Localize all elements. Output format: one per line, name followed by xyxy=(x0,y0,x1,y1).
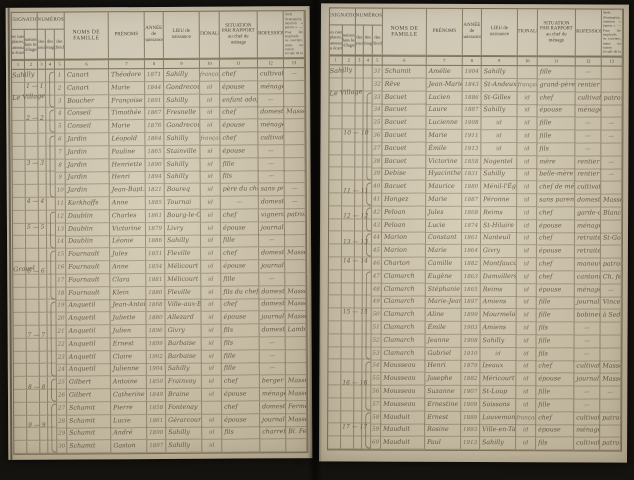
cell-rue xyxy=(12,121,25,134)
cell-prenom: Antoine xyxy=(111,376,147,389)
cell-rue xyxy=(13,275,26,288)
cell-nationalite: id xyxy=(200,145,220,158)
cell-profession: — xyxy=(259,234,285,247)
cell-num-individu: 21 xyxy=(56,325,66,338)
cell-num-menage xyxy=(363,219,372,232)
cell-situation: chef xyxy=(221,247,259,260)
cell-maison-village xyxy=(342,206,355,219)
cell-num-maison xyxy=(355,321,363,334)
cell-lieu: St-Gilles xyxy=(482,92,518,105)
cell-situation: chef xyxy=(537,207,575,220)
cell-annee: 1908 xyxy=(461,335,480,348)
cell-prenom: Victorine xyxy=(426,155,462,168)
cell-num-menage xyxy=(362,360,371,373)
cell-num-menage xyxy=(363,168,372,181)
cell-nom: Hongez xyxy=(382,194,426,207)
cell-rue xyxy=(330,65,343,78)
cell-nom: Mousseau xyxy=(381,398,425,411)
cell-nationalite xyxy=(518,66,538,79)
cell-maison-village xyxy=(343,78,356,91)
cell-lieu: Fontenay xyxy=(166,401,202,414)
cell-annee: 1879 xyxy=(461,360,480,373)
cell-lieu: id xyxy=(481,130,517,143)
cell-prenom: Lucie xyxy=(111,414,147,427)
cell-annee: 1909 xyxy=(461,399,480,412)
cell-prenom: Marie xyxy=(426,130,462,143)
cell-num-individu: 19 xyxy=(56,300,66,313)
cell-rue xyxy=(14,403,27,416)
cell-annee: 1896 xyxy=(146,325,165,338)
column-number: 9 xyxy=(482,57,518,65)
cell-num-menage xyxy=(47,172,56,185)
cell-nom: Anquetil xyxy=(66,299,110,313)
cell-profession: — xyxy=(575,130,601,143)
cell-profession: — xyxy=(574,348,600,361)
cell-num-menage xyxy=(47,274,56,287)
cell-maison-village xyxy=(25,83,38,96)
cell-annee: 1861 xyxy=(147,414,166,427)
cell-num-maison xyxy=(38,121,46,134)
cell-profession: ménagère xyxy=(575,105,601,118)
cell-maison-village xyxy=(342,155,355,168)
cell-patron: Masset xyxy=(286,414,307,427)
column-number: 4 xyxy=(364,57,373,65)
cell-num-maison xyxy=(354,360,362,373)
cell-prenom: Timothée xyxy=(109,107,145,120)
cell-maison-village xyxy=(25,108,38,121)
cell-maison-village xyxy=(342,309,355,322)
cell-lieu: Braine xyxy=(166,388,202,401)
cell-prenom: Aline xyxy=(426,309,462,322)
column-number: 6 xyxy=(383,57,427,65)
cell-num-maison xyxy=(355,129,363,142)
cell-patron xyxy=(600,425,621,438)
cell-maison-village xyxy=(342,283,355,296)
cell-rue xyxy=(12,95,25,108)
cell-situation: épouse xyxy=(536,373,574,386)
cell-maison-village xyxy=(343,65,356,78)
cell-situation: chef xyxy=(220,132,258,145)
header-designation-streets: des rues, places, hameaux ou écarts xyxy=(12,30,25,60)
cell-maison-village xyxy=(27,326,40,339)
cell-annee: 1887 xyxy=(462,104,481,117)
cell-lieu: Izeaux xyxy=(480,360,516,373)
cell-situation: fille xyxy=(538,66,576,79)
cell-prenom: Julienne xyxy=(111,363,147,376)
table-row: 26GilbertCatherine1849Braineidépouseména… xyxy=(14,388,307,403)
cell-num-individu: 31 xyxy=(373,66,383,79)
cell-profession: — xyxy=(259,273,285,286)
cell-prenom: Henriette xyxy=(109,158,145,171)
cell-profession: — xyxy=(259,170,285,183)
cell-prenom: Marie xyxy=(109,120,145,133)
cell-prenom: Charles xyxy=(110,210,146,223)
cell-nationalite: id xyxy=(516,335,536,348)
cell-lieu: Sahilly xyxy=(482,66,518,79)
cell-patron: Blanche (Sahilly) xyxy=(601,207,622,220)
cell-maison-village xyxy=(27,441,40,454)
cell-num-menage xyxy=(363,117,372,130)
cell-num-individu: 46 xyxy=(372,257,382,270)
table-header: DÉSIGNATION NUMÉROS des rues, places, ha… xyxy=(12,11,305,61)
cell-num-individu: 10 xyxy=(56,185,66,198)
cell-situation: enfant adoptif xyxy=(220,94,258,107)
cell-profession: domestique xyxy=(259,286,285,299)
cell-situation xyxy=(222,439,260,452)
cell-maison-village xyxy=(27,390,40,403)
column-number: 3 xyxy=(38,61,46,69)
cell-annee: 1913 xyxy=(462,143,481,156)
cell-profession: — xyxy=(258,158,284,171)
cell-patron: Masset xyxy=(600,361,621,374)
cell-nationalite: id xyxy=(201,184,221,197)
column-number: 2 xyxy=(25,61,38,69)
column-number: 10 xyxy=(518,57,538,65)
cell-nom: Schamit xyxy=(383,66,427,79)
header-designation-streets: des rues, places, hameaux ou écarts xyxy=(330,25,343,55)
cell-num-maison xyxy=(38,95,46,108)
cell-annee: 1871 xyxy=(145,69,164,82)
table-row: 7JardinPauline1865Stainvilleidépouse— xyxy=(12,145,305,160)
cell-annee: 1865 xyxy=(145,146,164,159)
cell-annee: 1911 xyxy=(462,130,481,143)
cell-num-maison xyxy=(39,287,47,300)
cell-prenom: Eugène xyxy=(426,271,462,284)
cell-num-maison xyxy=(40,364,48,377)
cell-maison-village xyxy=(26,300,39,313)
cell-prenom: Françoise xyxy=(109,94,145,107)
cell-patron: — xyxy=(284,68,305,81)
cell-patron xyxy=(284,158,305,171)
cell-annee: 1864 xyxy=(462,245,481,258)
table-row: 50ClamarchAline1899Mourmelonidfillebobin… xyxy=(329,309,622,323)
cell-situation: fils du chef xyxy=(221,286,259,299)
cell-profession: — xyxy=(258,94,284,107)
cell-rue xyxy=(329,321,342,334)
cell-nationalite: id xyxy=(201,286,221,299)
cell-num-individu: 9 xyxy=(56,172,66,185)
cell-nationalite: id xyxy=(201,209,221,222)
header-numeros-individus: des individus xyxy=(373,26,383,56)
cell-nom: Anquetil xyxy=(66,325,110,339)
cell-profession: — xyxy=(574,335,600,348)
cell-num-menage xyxy=(363,270,372,283)
cell-annee: 1854 xyxy=(146,261,165,274)
cell-nom: Gilbert xyxy=(67,376,111,390)
cell-nationalite: française xyxy=(516,412,536,425)
cell-patron: Masset xyxy=(285,286,306,299)
cell-nom: Bacuet xyxy=(382,181,426,194)
cell-prenom: Marie-Jeanne xyxy=(426,296,462,309)
cell-profession: — xyxy=(576,66,602,79)
cell-profession: rentier xyxy=(575,156,601,169)
cell-num-individu: 7 xyxy=(55,146,65,159)
cell-nom: Clamarch xyxy=(382,321,426,334)
cell-profession xyxy=(260,439,286,452)
cell-nationalite: id xyxy=(518,92,538,105)
cell-profession: cultivateur xyxy=(576,92,602,105)
header-designation: DÉSIGNATION xyxy=(330,8,356,25)
cell-nationalite: id xyxy=(202,414,222,427)
cell-num-maison xyxy=(356,104,364,117)
column-number: 11 xyxy=(538,57,576,65)
cell-patron xyxy=(286,439,307,452)
cell-rue xyxy=(329,334,342,347)
cell-nationalite: id xyxy=(517,156,537,169)
cell-maison-village xyxy=(341,373,354,386)
cell-nom: Schamit xyxy=(67,440,111,454)
cell-num-menage xyxy=(363,296,372,309)
header-numeros-maisons: des maisons xyxy=(38,30,46,60)
cell-rue xyxy=(13,185,26,198)
table-row: 32RêveJean-Marie1843St-Andeuxfrançaisegr… xyxy=(330,78,623,92)
cell-num-menage xyxy=(48,415,57,428)
cell-rue xyxy=(14,364,27,377)
cell-num-individu: 23 xyxy=(57,351,67,364)
cell-lieu: Sahilly xyxy=(166,363,202,376)
cell-prenom: Henri xyxy=(425,360,461,373)
cell-situation: épouse xyxy=(221,260,259,273)
cell-situation: épouse xyxy=(537,284,575,297)
cell-num-menage xyxy=(46,121,55,134)
cell-num-individu: 47 xyxy=(372,270,382,283)
cell-maison-village xyxy=(342,219,355,232)
header-designation-houses: maisons dans les villages xyxy=(25,30,38,60)
cell-annee: 1850 xyxy=(147,376,166,389)
cell-num-individu: 60 xyxy=(371,437,381,450)
table-row: 41HongezMarie1887Péronneidsans parentédo… xyxy=(329,193,622,207)
header-numeros: NUMÉROS xyxy=(38,13,65,30)
cell-num-menage xyxy=(46,95,55,108)
census-table: DÉSIGNATION NUMÉROS des rues, places, ha… xyxy=(327,7,624,451)
header-profession: PROFESSION xyxy=(576,9,602,56)
cell-nationalite: id xyxy=(517,284,537,297)
cell-rue xyxy=(328,436,341,449)
cell-rue xyxy=(12,108,25,121)
header-notes: Pour les patrons, chefs d'entreprise, me… xyxy=(284,11,305,58)
header-nationalite: NATIONALITÉ xyxy=(200,12,220,59)
cell-num-menage xyxy=(47,300,56,313)
cell-situation: épouse xyxy=(220,119,258,132)
cell-situation: fils xyxy=(221,324,259,337)
cell-nom: Mousseau xyxy=(381,373,425,386)
cell-nationalite: française xyxy=(200,69,220,82)
cell-num-individu: 45 xyxy=(372,245,382,258)
cell-num-individu: 57 xyxy=(371,398,381,411)
cell-profession: journalière xyxy=(260,414,286,427)
cell-num-maison xyxy=(355,296,363,309)
cell-maison-village xyxy=(26,159,39,172)
cell-prenom: Marie xyxy=(426,194,462,207)
column-number: 13 xyxy=(602,58,623,66)
table-row: 55MousseauJosephe1882Méricourtidépousejo… xyxy=(328,372,621,386)
header-numeros-menages: des ménages xyxy=(364,26,373,56)
cell-prenom: Suzanne xyxy=(425,386,461,399)
cell-situation: — xyxy=(221,196,259,209)
cell-num-individu: 18 xyxy=(56,287,66,300)
cell-patron xyxy=(285,273,306,286)
cell-num-individu: 1 xyxy=(55,70,65,83)
cell-num-maison xyxy=(355,155,363,168)
header-nationalite: NATIONALITÉ xyxy=(518,9,538,56)
cell-nom: Jardin xyxy=(66,171,110,185)
cell-num-maison xyxy=(39,249,47,262)
cell-lieu: Ville-aux-Bois xyxy=(165,299,201,312)
cell-prenom: Jules xyxy=(110,248,146,261)
table-row: 45MarionMarie1864Givryidépouseretraité xyxy=(329,245,622,259)
column-number: 10 xyxy=(200,60,220,68)
cell-profession: domestique xyxy=(259,324,285,337)
cell-situation: chef xyxy=(221,209,259,222)
cell-num-individu: 34 xyxy=(372,104,382,117)
cell-patron: Masset xyxy=(600,374,621,387)
cell-nom: Clamarch xyxy=(381,347,425,360)
cell-patron: St-Gobain xyxy=(601,233,622,246)
cell-annee: 1844 xyxy=(145,82,164,95)
cell-profession: — xyxy=(260,337,286,350)
cell-lieu: Barbaise xyxy=(166,337,202,350)
cell-rue xyxy=(330,91,343,104)
cell-situation: fille xyxy=(537,130,575,143)
cell-rue xyxy=(12,70,25,83)
cell-prenom: Claire xyxy=(111,350,147,363)
column-number: 4 xyxy=(46,61,55,69)
header-designation-houses: maisons dans les villages xyxy=(343,25,356,55)
cell-num-individu: 44 xyxy=(372,232,382,245)
cell-nationalite: française xyxy=(518,79,538,92)
cell-prenom: Émile xyxy=(426,143,462,156)
cell-num-individu: 58 xyxy=(371,411,381,424)
cell-patron: Lambroye xyxy=(285,324,306,337)
cell-prenom: Amélie xyxy=(427,66,463,79)
cell-num-menage xyxy=(46,82,55,95)
cell-num-menage xyxy=(363,206,372,219)
cell-num-maison xyxy=(356,91,364,104)
cell-patron xyxy=(284,119,305,132)
cell-num-maison xyxy=(39,274,47,287)
cell-nom: Schamit xyxy=(67,402,111,416)
cell-num-maison xyxy=(354,347,362,360)
cell-annee: 1887 xyxy=(462,194,481,207)
cell-prenom: Ernestine xyxy=(425,398,461,411)
cell-patron: — xyxy=(285,196,306,209)
header-prenoms: PRÉNOMS xyxy=(109,12,145,59)
cell-profession: cultivateur xyxy=(574,412,600,425)
cell-lieu: Sahilly xyxy=(166,440,202,453)
cell-nationalite: id xyxy=(200,94,220,107)
cell-profession: domestique xyxy=(575,194,601,207)
cell-nationalite: id xyxy=(202,388,222,401)
cell-maison-village xyxy=(343,104,356,117)
cell-num-individu: 11 xyxy=(56,197,66,210)
cell-lieu: Amiens xyxy=(481,322,517,335)
cell-prenom: Marie xyxy=(426,245,462,258)
cell-profession: ménagère xyxy=(260,388,286,401)
cell-num-menage xyxy=(363,321,372,334)
cell-num-menage xyxy=(48,441,57,454)
cell-num-menage xyxy=(362,347,371,360)
cell-num-maison xyxy=(355,245,363,258)
cell-profession: domestique xyxy=(258,106,284,119)
cell-maison-village xyxy=(27,338,40,351)
cell-maison-village xyxy=(26,262,39,275)
cell-rue xyxy=(14,415,27,428)
cell-patron: à Sedan xyxy=(601,310,622,323)
cell-prenom: Théodore xyxy=(109,69,145,82)
cell-situation: épouse xyxy=(222,388,260,401)
cell-rue xyxy=(13,300,26,313)
cell-annee: 1908 xyxy=(462,117,481,130)
cell-profession: cultivateur xyxy=(575,182,601,195)
cell-rue xyxy=(329,257,342,270)
cell-lieu: Sahilly xyxy=(481,168,517,181)
cell-lieu: Reims xyxy=(481,207,517,220)
cell-num-maison xyxy=(40,441,48,454)
cell-prenom: Jules xyxy=(426,207,462,220)
cell-num-menage xyxy=(46,134,55,147)
cell-nationalite: id xyxy=(516,386,536,399)
column-number: 12 xyxy=(258,59,284,67)
cell-num-menage xyxy=(363,130,372,143)
cell-situation: fille xyxy=(536,335,574,348)
cell-profession: ménagère xyxy=(574,425,600,438)
cell-nationalite: id xyxy=(517,309,537,322)
cell-num-maison xyxy=(354,437,362,450)
cell-num-menage xyxy=(363,142,372,155)
cell-nom: Conseil xyxy=(65,107,109,121)
cell-patron xyxy=(601,220,622,233)
cell-annee: 1889 xyxy=(461,411,480,424)
cell-situation: chef xyxy=(220,68,258,81)
cell-situation: fils xyxy=(537,322,575,335)
cell-prenom: Pierre xyxy=(111,402,147,415)
cell-profession: domestique xyxy=(259,196,285,209)
table-row: 42PeloanJules1868Reimsidchefgarde-chasse… xyxy=(329,206,622,220)
cell-situation: épouse xyxy=(536,425,574,438)
cell-num-menage xyxy=(362,373,371,386)
cell-patron: — xyxy=(601,169,622,182)
cell-profession: — xyxy=(575,143,601,156)
cell-num-menage xyxy=(48,326,57,339)
cell-rue xyxy=(329,309,342,322)
cell-num-menage xyxy=(363,309,372,322)
cell-num-individu: 26 xyxy=(57,389,67,402)
cell-maison-village xyxy=(25,95,38,108)
table-row: 60MauduitPaul1913Sahillyidfilscultivateu… xyxy=(328,436,621,450)
cell-num-menage xyxy=(362,398,371,411)
cell-lieu: Fresnelle xyxy=(164,107,200,120)
cell-annee: 1899 xyxy=(462,309,481,322)
cell-maison-village xyxy=(342,142,355,155)
cell-lieu: St-Hilaire xyxy=(481,220,517,233)
cell-profession: domestique xyxy=(259,298,285,311)
cell-rue xyxy=(328,398,341,411)
cell-annee: 1876 xyxy=(145,120,164,133)
cell-profession: — xyxy=(574,399,600,412)
cell-patron xyxy=(284,145,305,158)
cell-lieu: Mélicourt xyxy=(165,261,201,274)
cell-prenom: Jean-Bapt. xyxy=(110,184,146,197)
cell-situation: belle-mère xyxy=(537,169,575,182)
cell-num-menage xyxy=(48,351,57,364)
cell-annee: 1903 xyxy=(462,322,481,335)
cell-patron xyxy=(284,81,305,94)
cell-nationalite: id xyxy=(517,207,537,220)
cell-num-maison xyxy=(39,172,47,185)
cell-num-individu: 28 xyxy=(57,415,67,428)
cell-nom: Rêve xyxy=(383,78,427,91)
cell-num-maison xyxy=(39,236,47,249)
